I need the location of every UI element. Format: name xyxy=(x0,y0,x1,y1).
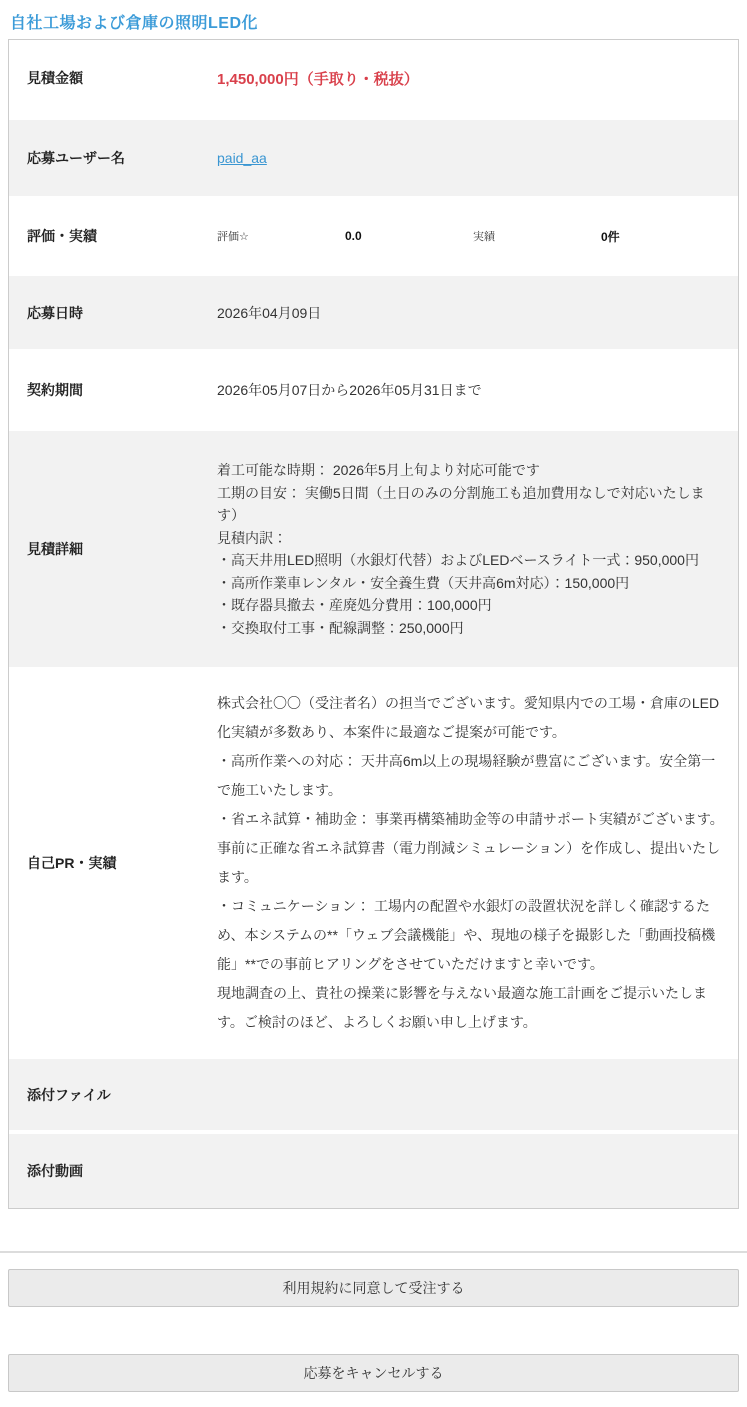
results-caption: 実績 xyxy=(473,228,601,244)
accept-order-button[interactable]: 利用規約に同意して受注する xyxy=(8,1269,739,1307)
estimate-amount-label: 見積金額 xyxy=(9,68,217,88)
application-detail-table: 見積金額 1,450,000円（手取り・税抜） 応募ユーザー名 paid_aa … xyxy=(8,39,739,1209)
row-estimate-details: 見積詳細 着工可能な時期： 2026年5月上旬より対応可能です 工期の目安： 実… xyxy=(9,431,738,671)
rating-results-label: 評価・実績 xyxy=(9,226,217,246)
row-applied-date: 応募日時 2026年04月09日 xyxy=(9,276,738,353)
row-estimate-amount: 見積金額 1,450,000円（手取り・税抜） xyxy=(9,40,738,120)
applicant-user-link[interactable]: paid_aa xyxy=(217,150,267,166)
rating-caption: 評価☆ xyxy=(217,228,345,244)
self-pr-value: 株式会社〇〇（受注者名）の担当でございます。愛知県内での工場・倉庫のLED化実績… xyxy=(217,671,738,1055)
row-attachments: 添付ファイル xyxy=(9,1059,738,1134)
application-detail-page: 自社工場および倉庫の照明LED化 見積金額 1,450,000円（手取り・税抜）… xyxy=(0,0,747,1209)
row-applicant-user: 応募ユーザー名 paid_aa xyxy=(9,120,738,200)
results-value: 0件 xyxy=(601,228,729,245)
attached-video-label: 添付動画 xyxy=(9,1161,217,1181)
contract-period-value: 2026年05月07日から2026年05月31日まで xyxy=(217,380,738,400)
row-attached-video: 添付動画 xyxy=(9,1134,738,1208)
action-buttons: 利用規約に同意して受注する 応募をキャンセルする xyxy=(0,1253,747,1407)
row-contract-period: 契約期間 2026年05月07日から2026年05月31日まで xyxy=(9,353,738,431)
row-self-pr: 自己PR・実績 株式会社〇〇（受注者名）の担当でございます。愛知県内での工場・倉… xyxy=(9,671,738,1059)
estimate-details-label: 見積詳細 xyxy=(9,539,217,559)
applied-date-value: 2026年04月09日 xyxy=(217,303,738,323)
page-title: 自社工場および倉庫の照明LED化 xyxy=(10,10,739,33)
row-rating-results: 評価・実績 評価☆ 0.0 実績 0件 xyxy=(9,200,738,276)
attachments-label: 添付ファイル xyxy=(9,1085,217,1105)
estimate-amount-value: 1,450,000円（手取り・税抜） xyxy=(217,68,738,89)
estimate-details-value: 着工可能な時期： 2026年5月上旬より対応可能です 工期の目安： 実働5日間（… xyxy=(217,431,738,667)
rating-value: 0.0 xyxy=(345,229,473,243)
cancel-application-button[interactable]: 応募をキャンセルする xyxy=(8,1354,739,1392)
applied-date-label: 応募日時 xyxy=(9,303,217,323)
self-pr-label: 自己PR・実績 xyxy=(9,853,217,873)
applicant-user-label: 応募ユーザー名 xyxy=(9,148,217,168)
contract-period-label: 契約期間 xyxy=(9,380,217,400)
